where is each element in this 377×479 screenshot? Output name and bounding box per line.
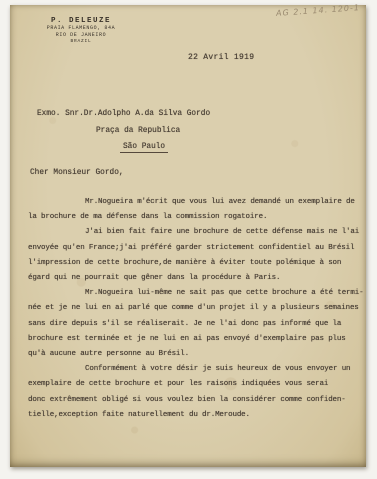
letterhead-address-line3: BRAZIL [25,39,137,45]
body-paragraph-2: J'ai bien fait faire une brochure de cet… [28,225,364,286]
scanned-letter-page: { "archival_annotation": "AG 2.1 14. 120… [0,0,377,479]
body-paragraph-4: Conformément à votre désir je suis heure… [28,362,364,423]
recipient-street: Praça da Republica [96,127,180,135]
letterhead-name: P. DELEUZE [25,17,137,25]
body-paragraph-3: Mr.Nogueira lui-même ne sait pas que cet… [28,286,364,362]
recipient-city: São Paulo [120,143,168,153]
letterhead-address-line1: PRAIA FLAMENGO, 84A [25,25,137,32]
letterhead: P. DELEUZE PRAIA FLAMENGO, 84A RIO DE JA… [25,17,137,45]
letter-body: Mr.Nogueira m'écrit que vous lui avez de… [28,195,364,423]
recipient-name: Exmo. Snr.Dr.Adolpho A.da Silva Gordo [37,110,210,118]
letter-paper: AG 2.1 14. 120-1 P. DELEUZE PRAIA FLAMEN… [10,5,366,467]
salutation: Cher Monsieur Gordo, [30,169,124,177]
body-paragraph-1: Mr.Nogueira m'écrit que vous lui avez de… [28,195,364,225]
letter-date: 22 Avril 1919 [188,53,254,62]
archival-annotation: AG 2.1 14. 120-1 [276,3,360,18]
letterhead-address-line2: RIO DE JANEIRO [25,32,137,39]
